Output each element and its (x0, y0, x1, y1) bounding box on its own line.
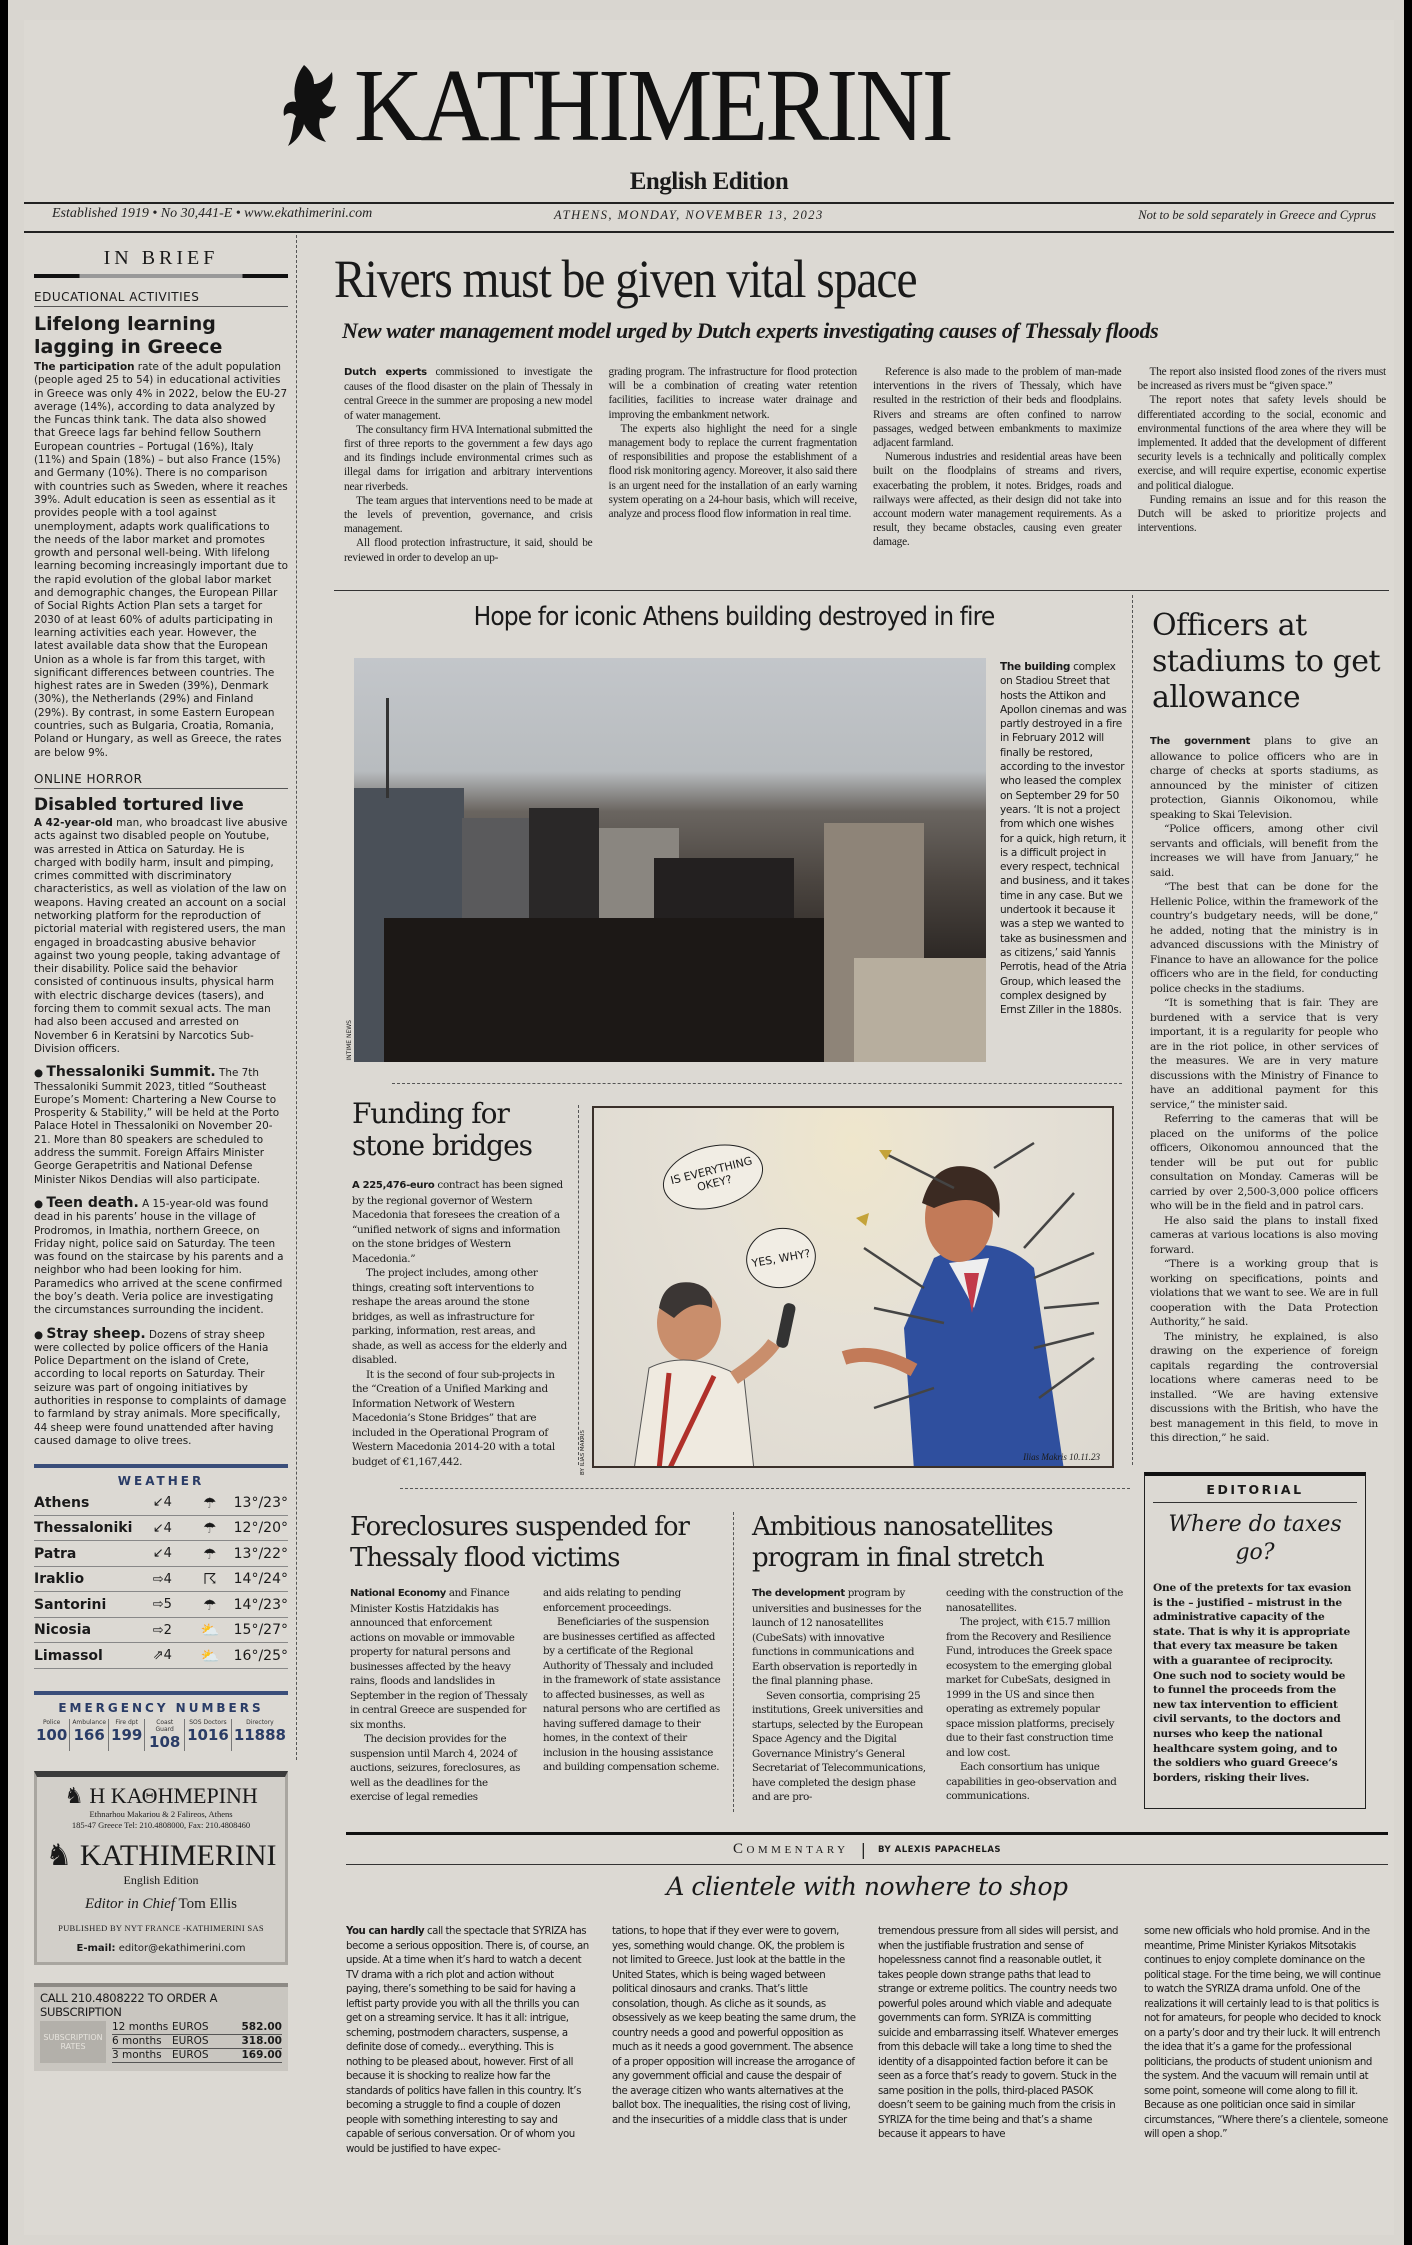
rain-cloud-icon: ☂ (186, 1545, 234, 1563)
weather-row: Limassol⇗4⛅16°/25° (34, 1643, 288, 1669)
in-brief-bar (34, 274, 288, 278)
athens-building-text: The building complex on Stadiou Street t… (1000, 660, 1130, 1017)
imprint-address: Ethnarhou Makariou & 2 Falireos, Athens (43, 1809, 279, 1820)
bullet-text: A 15-year-old was found dead in his pare… (34, 1198, 283, 1316)
emergency-coast-guard: Coast Guard108 (144, 1719, 184, 1751)
foreclosures-text: National Economy and Finance Minister Ko… (350, 1586, 722, 1805)
emergency-number: 1016 (187, 1726, 229, 1744)
subscription-call: CALL 210.4808222 TO ORDER A SUBSCRIPTION (40, 1991, 282, 2019)
officers-headline[interactable]: Officers at stadiums to get allowance (1152, 608, 1412, 716)
weather-temp: 16°/25° (234, 1648, 288, 1664)
lead-deck: New water management model urged by Dutc… (342, 318, 1158, 344)
emergency-number: 199 (111, 1726, 142, 1744)
bullet-text: Dozens of stray sheep were collected by … (34, 1329, 286, 1447)
brief-lead-text: A 42-year-old (34, 817, 113, 829)
masthead-rule-top (24, 202, 1394, 204)
weather-temp: 15°/27° (234, 1622, 288, 1638)
brief-kicker-online-horror: ONLINE HORROR (34, 772, 288, 789)
subscription-label: SUBSCRIPTION RATES (40, 2021, 106, 2063)
brief-headline-lifelong-learning[interactable]: Lifelong learning lagging in Greece (34, 313, 288, 359)
brief-bullet-teen-death: ● Teen death. A 15-year-old was found de… (34, 1197, 288, 1318)
commentary-header: Commentary | BY ALEXIS PAPACHELAS (346, 1835, 1388, 1865)
weather-city: Nicosia (34, 1622, 139, 1638)
weather-city: Iraklio (34, 1571, 139, 1587)
wind-arrow-icon: ⇨4 (139, 1572, 187, 1587)
wind-arrow-icon: ↙4 (139, 1521, 187, 1536)
lead-col-4: The report also insisted flood zones of … (1138, 365, 1387, 565)
column-divider (733, 1512, 734, 1812)
section-rule (334, 590, 1389, 591)
commentary-kicker: Commentary (733, 1841, 849, 1858)
weather-row: Iraklio⇨4☈14°/24° (34, 1567, 288, 1593)
weather-city: Thessaloniki (34, 1520, 139, 1536)
weather-temp: 14°/24° (234, 1571, 288, 1587)
weather-box: WEATHER Athens↙4☂13°/23° Thessaloniki↙4☂… (34, 1464, 288, 1669)
brief-headline-disabled[interactable]: Disabled tortured live (34, 795, 288, 815)
masthead: KATHIMERINI English Edition (24, 40, 1394, 200)
emergency-label: Directory (234, 1719, 286, 1726)
thunderstorm-icon: ☈ (186, 1570, 234, 1588)
brief-text: man, who broadcast live abusive acts aga… (34, 817, 287, 1055)
column-divider (1132, 595, 1133, 1465)
dashed-divider (400, 1488, 1130, 1489)
brief-lead-text: The participation (34, 361, 135, 373)
nanosatellites-headline[interactable]: Ambitious nanosatellites program in fina… (752, 1512, 1132, 1574)
commentary-col-4: some new officials who hold promise. And… (1144, 1925, 1388, 2157)
established-line: Established 1919 • No 30,441-E • www.eka… (52, 206, 372, 222)
weather-row: Santorini⇨5☂14°/23° (34, 1592, 288, 1618)
masthead-logo[interactable]: KATHIMERINI (274, 60, 1003, 150)
lead-col-1: Dutch experts commissioned to investigat… (344, 365, 593, 565)
weather-row: Patra↙4☂13°/22° (34, 1541, 288, 1567)
rain-cloud-icon: ☂ (186, 1596, 234, 1614)
brief-bullet-stray-sheep: ● Stray sheep. Dozens of stray sheep wer… (34, 1328, 288, 1449)
left-column: IN BRIEF EDUCATIONAL ACTIVITIES Lifelong… (34, 235, 288, 2071)
brief-bullet-thessaloniki: ● Thessaloniki Summit. The 7th Thessalon… (34, 1066, 288, 1187)
newspaper-sheet: KATHIMERINI English Edition Established … (24, 20, 1394, 2235)
nanosatellites-text: The development program by universities … (752, 1586, 1126, 1805)
rain-cloud-icon: ☂ (186, 1519, 234, 1537)
stone-bridges-headline[interactable]: Funding for stone bridges (352, 1098, 572, 1162)
commentary-headline[interactable]: A clientele with nowhere to shop (346, 1872, 1388, 1901)
emergency-number: 108 (147, 1733, 182, 1751)
weather-row: Athens↙4☂13°/23° (34, 1490, 288, 1516)
editorial-headline[interactable]: Where do taxes go? (1153, 1511, 1357, 1567)
wind-arrow-icon: ↙4 (139, 1495, 187, 1510)
weather-temp: 13°/23° (234, 1495, 288, 1511)
column-divider (296, 235, 297, 1760)
weather-temp: 13°/22° (234, 1546, 288, 1562)
in-brief-heading: IN BRIEF (34, 247, 288, 270)
imprint-edition: English Edition (43, 1873, 279, 1888)
greek-title: ♞ Η ΚΑΘΗΜΕΡΙΝΗ (43, 1783, 279, 1809)
athens-building-headline[interactable]: Hope for iconic Athens building destroye… (383, 602, 1085, 632)
emergency-number: 100 (36, 1726, 67, 1744)
bullet-text: The 7th Thessaloniki Summit 2023, titled… (34, 1067, 279, 1185)
cartoon-credit: BY ILIAS MAKRIS (580, 1430, 586, 1475)
lead-col-2: grading program. The infrastructure for … (609, 365, 858, 565)
brief-kicker-education: EDUCATIONAL ACTIVITIES (34, 290, 288, 307)
emergency-sos-doctors: SOS Doctors1016 (184, 1719, 231, 1751)
imprint-box: ♞ Η ΚΑΘΗΜΕΡΙΝΗ Ethnarhou Makariou & 2 Fa… (34, 1771, 288, 1965)
imprint-phone: 185-47 Greece Tel: 210.4808000, Fax: 210… (43, 1820, 279, 1831)
athens-building-photo[interactable] (354, 658, 986, 1062)
subscription-row: 6 monthsEUROS318.00 (112, 2035, 282, 2049)
imprint-logo: ♞ KATHIMERINI (43, 1841, 279, 1871)
bullet-title[interactable]: Teen death. (46, 1195, 138, 1211)
bullet-title[interactable]: Stray sheep. (46, 1326, 145, 1342)
emergency-label: Fire dpt (111, 1719, 142, 1726)
email-link[interactable]: editor@ekathimerini.com (119, 1943, 246, 1954)
editorial-box: EDITORIAL Where do taxes go? One of the … (1144, 1472, 1366, 1809)
publisher: PUBLISHED BY NYT FRANCE -KATHIMERINI SAS (43, 1923, 279, 1933)
weather-city: Santorini (34, 1597, 139, 1613)
wind-arrow-icon: ↙4 (139, 1546, 187, 1561)
subscription-row: 12 monthsEUROS582.00 (112, 2021, 282, 2035)
subscription-row: 3 monthsEUROS169.00 (112, 2049, 282, 2063)
masthead-rule-bottom (24, 231, 1394, 233)
emergency-row: Police100 Ambulance166 Fire dpt199 Coast… (34, 1719, 288, 1751)
imprint-email: E-mail: editor@ekathimerini.com (43, 1943, 279, 1954)
photo-credit: INTIME NEWS (346, 1020, 353, 1061)
emergency-police: Police100 (34, 1719, 69, 1751)
partly-cloudy-icon: ⛅ (186, 1647, 234, 1665)
weather-row: Thessaloniki↙4☂12°/20° (34, 1516, 288, 1542)
lead-headline[interactable]: Rivers must be given vital space (334, 248, 917, 310)
cartoon-illustration-icon (594, 1108, 1114, 1468)
emergency-label: Coast Guard (147, 1719, 182, 1733)
brief-body-disabled: A 42-year-old man, who broadcast live ab… (34, 817, 288, 1056)
commentary-col-1: You can hardly call the spectacle that S… (346, 1925, 590, 2157)
foreclosures-headline[interactable]: Foreclosures suspended for Thessaly floo… (350, 1512, 730, 1574)
bullet-title[interactable]: Thessaloniki Summit. (46, 1064, 215, 1080)
emergency-directory: Directory11888 (231, 1719, 288, 1751)
weather-city: Athens (34, 1495, 139, 1511)
officers-text: The government plans to give an allowanc… (1150, 734, 1378, 1446)
brief-body-lifelong-learning: The participation rate of the adult popu… (34, 361, 288, 760)
weather-city: Patra (34, 1546, 139, 1562)
emergency-heading: EMERGENCY NUMBERS (34, 1701, 288, 1715)
emergency-number: 166 (72, 1726, 106, 1744)
weather-city: Limassol (34, 1648, 139, 1664)
commentary-col-2: tations, to hope that if they ever were … (612, 1925, 856, 2157)
weather-temp: 14°/23° (234, 1597, 288, 1613)
emergency-numbers-box: EMERGENCY NUMBERS Police100 Ambulance166… (34, 1691, 288, 1751)
editor-in-chief: Editor in Chief Tom Ellis (43, 1896, 279, 1913)
lead-col-3: Reference is also made to the problem of… (873, 365, 1122, 565)
emergency-label: Ambulance (72, 1719, 106, 1726)
wind-arrow-icon: ⇨5 (139, 1597, 187, 1612)
wind-arrow-icon: ⇗4 (139, 1648, 187, 1663)
column-divider (578, 1105, 579, 1465)
partly-cloudy-icon: ⛅ (186, 1621, 234, 1639)
emergency-ambulance: Ambulance166 (69, 1719, 108, 1751)
lead-story-body: Dutch experts commissioned to investigat… (344, 365, 1386, 565)
rain-cloud-icon: ☂ (186, 1494, 234, 1512)
commentary-col-3: tremendous pressure from all sides will … (878, 1925, 1122, 2157)
commentary-body: You can hardly call the spectacle that S… (346, 1925, 1388, 2157)
editorial-kicker: EDITORIAL (1153, 1482, 1357, 1503)
dashed-divider (392, 1083, 1122, 1084)
commentary-byline: BY ALEXIS PAPACHELAS (878, 1845, 1001, 1855)
brief-text: rate of the adult population (people age… (34, 361, 288, 759)
weather-row: Nicosia⇨2⛅15°/27° (34, 1618, 288, 1644)
wind-arrow-icon: ⇨2 (139, 1623, 187, 1638)
editorial-cartoon[interactable]: IS EVERYTHING OKEY? YES, WHY? Ilias Makr… (592, 1106, 1114, 1468)
sale-notice: Not to be sold separately in Greece and … (1138, 208, 1376, 223)
dateline: ATHENS, MONDAY, NOVEMBER 13, 2023 (554, 208, 824, 223)
cartoon-signature: Ilias Makris 10.11.23 (1023, 1452, 1100, 1462)
subscription-box: CALL 210.4808222 TO ORDER A SUBSCRIPTION… (34, 1983, 288, 2071)
emergency-label: Police (36, 1719, 67, 1726)
masthead-title: KATHIMERINI (354, 62, 951, 150)
weather-heading: WEATHER (34, 1474, 288, 1488)
stone-bridges-text: A 225,476-euro contract has been signed … (352, 1178, 570, 1469)
weather-temp: 12°/20° (234, 1520, 288, 1536)
newspaper-page: KATHIMERINI English Edition Established … (8, 0, 1404, 2245)
masthead-subtitle: English Edition (24, 168, 1394, 196)
griffin-logo-icon (274, 60, 344, 150)
emergency-fire: Fire dpt199 (108, 1719, 144, 1751)
editorial-text: One of the pretexts for tax evasion is t… (1153, 1581, 1357, 1785)
emergency-label: SOS Doctors (187, 1719, 229, 1726)
emergency-number: 11888 (234, 1726, 286, 1744)
